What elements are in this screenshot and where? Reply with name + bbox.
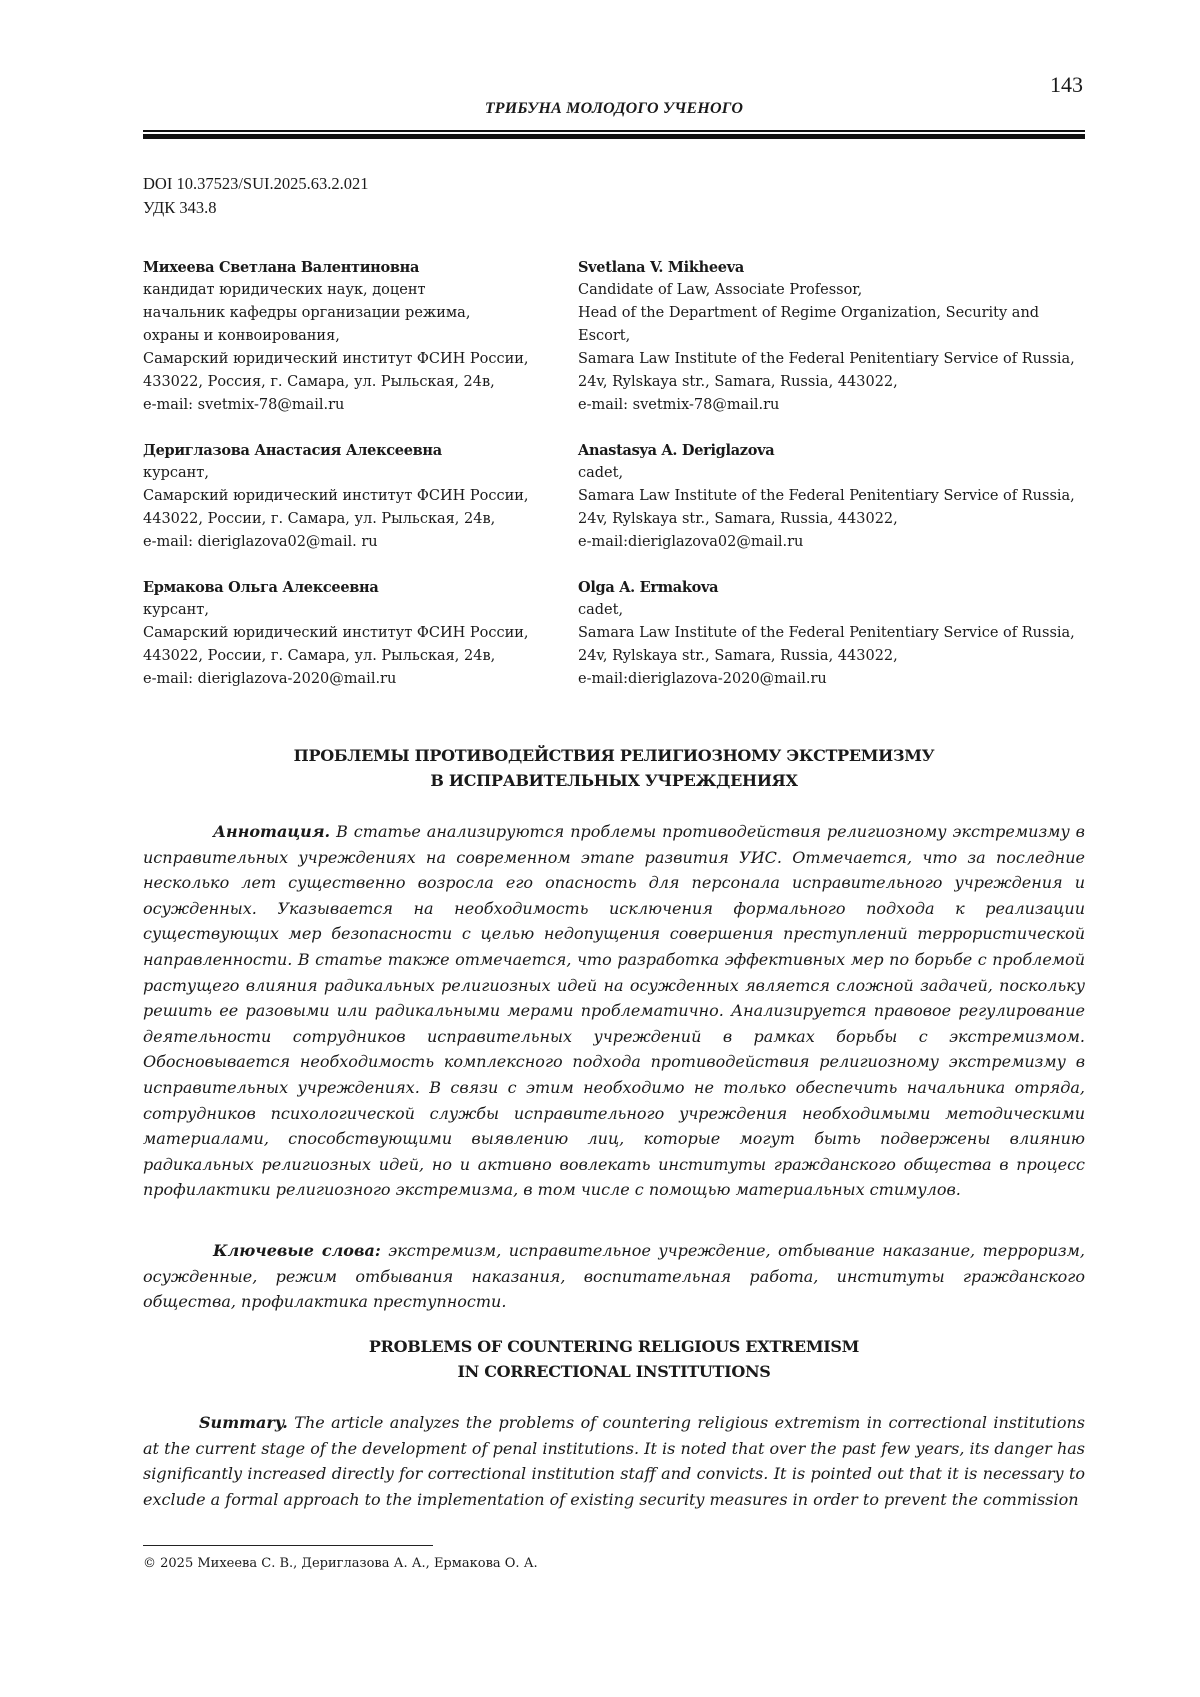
author-line: 24v, Rylskaya str., Samara, Russia, 4430…	[578, 371, 1085, 394]
author-name: Ермакова Ольга Алексеевна	[143, 576, 578, 599]
author-info-ru: Михеева Светлана Валентиновна кандидат ю…	[143, 256, 578, 417]
author-name: Svetlana V. Mikheeva	[578, 256, 1085, 279]
author-email: e-mail: svetmix-78@mail.ru	[143, 394, 578, 417]
footnote-divider	[143, 1545, 433, 1546]
author-line: Head of the Department of Regime Organiz…	[578, 302, 1085, 348]
title-line: PROBLEMS OF COUNTERING RELIGIOUS EXTREMI…	[143, 1334, 1085, 1359]
article-title-ru: ПРОБЛЕМЫ ПРОТИВОДЕЙСТВИЯ РЕЛИГИОЗНОМУ ЭК…	[143, 743, 1085, 793]
header-rule	[143, 130, 1085, 139]
udk-code: УДК 343.8	[143, 196, 369, 220]
doi: DOI 10.37523/SUI.2025.63.2.021	[143, 172, 369, 196]
author-line: кандидат юридических наук, доцент	[143, 279, 578, 302]
author-info-en: Olga A. Ermakova cadet, Samara Law Insti…	[578, 576, 1085, 691]
author-email: e-mail: dieriglazova02@mail. ru	[143, 531, 578, 554]
author-line: Samara Law Institute of the Federal Peni…	[578, 485, 1085, 508]
author-line: 24v, Rylskaya str., Samara, Russia, 4430…	[578, 645, 1085, 668]
copyright-footnote: © 2025 Михеева С. В., Дериглазова А. А.,…	[143, 1556, 538, 1571]
abstract-text: В статье анализируются проблемы противод…	[143, 822, 1085, 1199]
author-line: Candidate of Law, Associate Professor,	[578, 279, 1085, 302]
author-info-ru: Дериглазова Анастасия Алексеевна курсант…	[143, 439, 578, 554]
author-line: Самарский юридический институт ФСИН Росс…	[143, 348, 578, 371]
author-email: e-mail: svetmix-78@mail.ru	[578, 394, 1085, 417]
author-email: e-mail:dieriglazova02@mail.ru	[578, 531, 1085, 554]
author-row: Михеева Светлана Валентиновна кандидат ю…	[143, 256, 1085, 417]
author-line: курсант,	[143, 599, 578, 622]
title-line: ПРОБЛЕМЫ ПРОТИВОДЕЙСТВИЯ РЕЛИГИОЗНОМУ ЭК…	[143, 743, 1085, 768]
author-line: 24v, Rylskaya str., Samara, Russia, 4430…	[578, 508, 1085, 531]
author-info-en: Svetlana V. Mikheeva Candidate of Law, A…	[578, 256, 1085, 417]
author-line: 443022, России, г. Самара, ул. Рыльская,…	[143, 508, 578, 531]
summary-label: Summary.	[199, 1413, 288, 1432]
author-line: cadet,	[578, 599, 1085, 622]
author-line: Samara Law Institute of the Federal Peni…	[578, 622, 1085, 645]
author-line: Samara Law Institute of the Federal Peni…	[578, 348, 1085, 371]
article-title-en: PROBLEMS OF COUNTERING RELIGIOUS EXTREMI…	[143, 1334, 1085, 1384]
author-line: 433022, Россия, г. Самара, ул. Рыльская,…	[143, 371, 578, 394]
author-email: e-mail:dieriglazova-2020@mail.ru	[578, 668, 1085, 691]
author-line: начальник кафедры организации режима,	[143, 302, 578, 325]
author-line: курсант,	[143, 462, 578, 485]
author-info-en: Anastasya A. Deriglazova cadet, Samara L…	[578, 439, 1085, 554]
journal-section-header: ТРИБУНА МОЛОДОГО УЧЕНОГО	[143, 100, 1085, 118]
author-list: Михеева Светлана Валентиновна кандидат ю…	[143, 256, 1085, 713]
author-line: Самарский юридический институт ФСИН Росс…	[143, 485, 578, 508]
author-line: Самарский юридический институт ФСИН Росс…	[143, 622, 578, 645]
author-row: Дериглазова Анастасия Алексеевна курсант…	[143, 439, 1085, 554]
page-number: 143	[1050, 72, 1083, 98]
author-name: Anastasya A. Deriglazova	[578, 439, 1085, 462]
author-row: Ермакова Ольга Алексеевна курсант, Самар…	[143, 576, 1085, 691]
title-line: В ИСПРАВИТЕЛЬНЫХ УЧРЕЖДЕНИЯХ	[143, 768, 1085, 793]
author-name: Дериглазова Анастасия Алексеевна	[143, 439, 578, 462]
author-email: e-mail: dieriglazova-2020@mail.ru	[143, 668, 578, 691]
author-line: 443022, России, г. Самара, ул. Рыльская,…	[143, 645, 578, 668]
article-identifiers: DOI 10.37523/SUI.2025.63.2.021 УДК 343.8	[143, 172, 369, 220]
author-name: Михеева Светлана Валентиновна	[143, 256, 578, 279]
abstract-label: Аннотация.	[213, 822, 330, 841]
keywords-ru: Ключевые слова: экстремизм, исправительн…	[143, 1238, 1085, 1315]
title-line: IN CORRECTIONAL INSTITUTIONS	[143, 1359, 1085, 1384]
abstract-ru: Аннотация. В статье анализируются пробле…	[143, 819, 1085, 1203]
keywords-label: Ключевые слова:	[213, 1241, 381, 1260]
summary-en: Summary. The article analyzes the proble…	[143, 1410, 1085, 1512]
author-line: охраны и конвоирования,	[143, 325, 578, 348]
author-line: cadet,	[578, 462, 1085, 485]
author-info-ru: Ермакова Ольга Алексеевна курсант, Самар…	[143, 576, 578, 691]
author-name: Olga A. Ermakova	[578, 576, 1085, 599]
